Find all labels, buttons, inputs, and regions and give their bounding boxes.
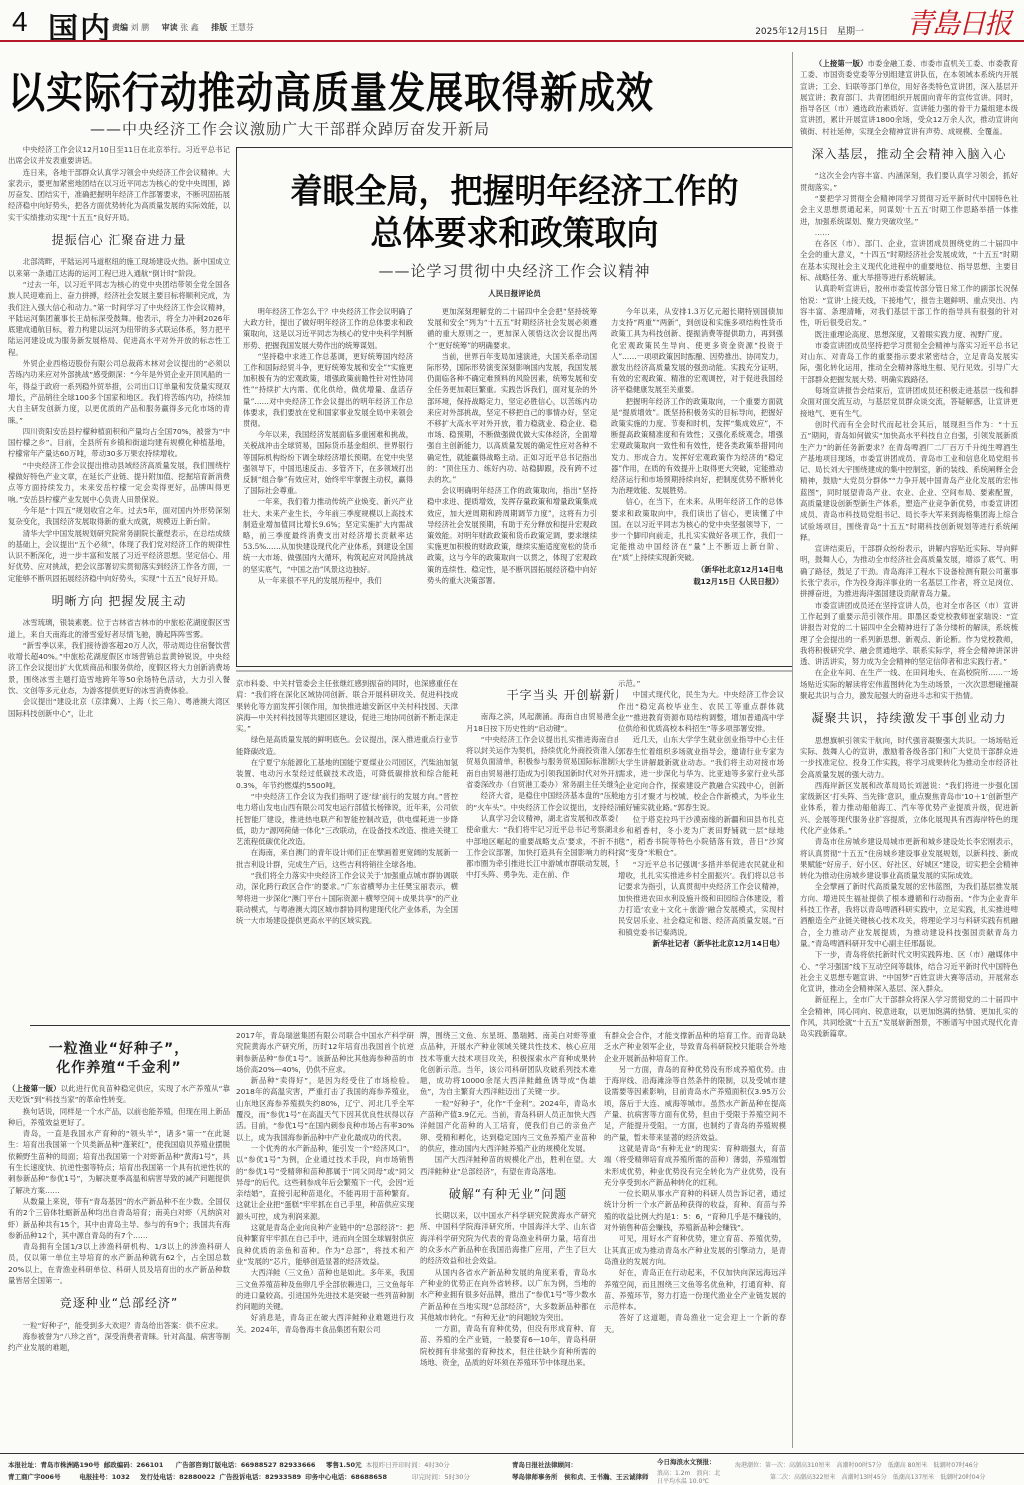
paragraph: 当前，世界百年变局加速演进，大国关系牵动国际形势，国际形势演变深刻影响国内发展，… — [427, 351, 597, 485]
paragraph: 更加深刻理解党的二十届四中全会把“坚持统筹发展和安全”列为“十五五”时期经济社会… — [427, 306, 597, 351]
paragraph: 一年来，我们着力推动传统产业焕变、新兴产业壮大、未来产业生长，今年前三季度规模以… — [243, 496, 413, 574]
section-divider — [30, 1025, 790, 1026]
tide-forecast-title: 今日海浪水文预报： — [657, 1457, 716, 1466]
page-footer: 本报社址：青岛市株洲路190号 邮政编码：266101 广告部咨询订版电话：66… — [0, 1453, 1024, 1485]
lead-story-column-1: 中央经济工作会议12月10日至11日在北京举行。习近平总书记出席会议并发表重要讲… — [8, 144, 230, 1024]
commentary-column-2: 更加深刻理解党的二十届四中全会把“坚持统筹发展和安全”列为“十五五”时期经济社会… — [427, 306, 597, 656]
paragraph: 另一方面，青岛的育种优势没有形成养殖优势。由于海岸线、沿海滩涂等自然条件的限制，… — [604, 1064, 786, 1143]
paragraph: 连日来，各地干部群众认真学习领会中央经济工作会议精神。大家表示，要更加紧密地团结… — [8, 167, 230, 223]
paragraph: 信心，在当下，在未来。从明年经济工作的总体要求和政策取向中，我们读出了信心，更读… — [611, 496, 783, 563]
paragraph: 这就是青岛“有种无业”的现实：育种端强大，育苗端（将受精卵培育成养殖所需的苗种）… — [604, 1143, 786, 1188]
paragraph: （上接第一版）市委金融工委、市委市直机关工委、市委教育工委、市国资委党委等分别组… — [800, 58, 1018, 137]
paragraph: 近几天，山东大学学生就业创业指导中心主任郭春生忙着组织多场就业指导会，邀请行业专… — [618, 734, 784, 813]
paragraph: 清华大学中国发展规划研究院常务副院长董煜表示，在总结成绩的基础上，会议提出“五个… — [8, 528, 230, 584]
print-center-phone: 印务中心电话：68688658 — [305, 1473, 387, 1481]
commentary-title-line: 总体要求和政策取向 — [237, 212, 792, 254]
credit-role: 排版 — [211, 23, 227, 32]
paragraph: “坚持稳中求进工作总基调，更好统筹国内经济工作和国际经贸斗争，更好统筹发展和安全… — [243, 351, 413, 429]
right-column-story: （上接第一版）市委金融工委、市委市直机关工委、市委教育工委、市国资委党委等分别组… — [800, 58, 1018, 1450]
paragraph: 把握明年经济工作的政策取向，一个重要方面就是“提质增效”。既坚持积极务实的目标导… — [611, 396, 783, 497]
section-heading: 破解“有种无业”问题 — [420, 1189, 596, 1200]
paragraph: 位于塔克拉玛干沙漠南缘的新疆和田县布扎克乡和稻香村，冬小麦为广袤田野铺就一层“绿… — [618, 814, 784, 859]
paragraph: 创时代而有全会时代而起社会其后，展现担当作为：“十五五”期间，青岛如何做实“加快… — [800, 419, 1018, 543]
paragraph: “新雪季以来，我们接待游客超20万人次，带动周边住宿餐饮营收增长超40%。”中旅… — [8, 640, 230, 696]
paragraph: 一粒“好种子”，化作“千金利”。2024年，青岛水产苗种产值3.9亿元。当前，青… — [420, 1098, 596, 1154]
commentary-title-line: 着眼全局，把握明年经济工作的 — [237, 170, 792, 212]
paragraph: 在海南，来自澳门的青年设计师们正在擘画着更宽阔的发展新一批吉利设计群，完成生产后… — [236, 847, 458, 870]
paragraph: 西海岸新区发展和改革局局长刘滋说：“我们将进一步强化国家级新区‘打头阵、当先锋’… — [800, 780, 1018, 836]
tide-title-text: 今日海浪水文预报： — [657, 1458, 716, 1466]
paragraph: 新品种“卖得好”，是因为经受住了市场检验。2018年的高温灾害，严重打击了我国的… — [236, 1075, 414, 1143]
paragraph: 答好了这道题，青岛渔业一定会迎上一个新的春天。 — [604, 1312, 786, 1335]
commentary-title: 着眼全局，把握明年经济工作的 总体要求和政策取向 — [237, 170, 792, 254]
feature-column-3: 牌，围绕三文鱼、东星斑、墨瑞鳕、南美白对虾等重点品种，开展水产种业领域关键共性技… — [420, 1030, 596, 1448]
paragraph: 一个优秀的水产新品种，能引发一个“经济风口”。以“参优1号”为例，企业通过技术手… — [236, 1143, 414, 1222]
paragraph: 宣讲结束后，干部群众纷纷表示，讲解内容贴近实际、导向鲜明，鼓舞人心，为推动全市经… — [800, 543, 1018, 599]
credit-role: 责编 — [112, 23, 128, 32]
paragraph: 京市科委、中关村管委会主任张继红感到振奋的同时，也深感重任在肩：“我们将在深化区… — [236, 678, 458, 734]
source-credit: 载12月15日《人民日报》） — [611, 576, 783, 588]
paragraph: 外贸企业西格迈股份有限公司总裁蒋木林对会议提出的“必须以苦练内功来应对外部挑战”… — [8, 358, 230, 426]
postcode: 邮政编码：266101 — [104, 1461, 164, 1469]
ad-phone: 广告部咨询订版电话：66988527 82933666 — [176, 1461, 316, 1469]
paragraph: “要把学习贯彻全会精神同学习贯彻习近平新时代中国特色社会主义思想贯通起来，同谋划… — [800, 193, 1018, 227]
paragraph: “我们将全力落实中央经济工作会议关于‘加强重点城市群协调联动，深化跨行政区合作’… — [236, 870, 458, 926]
commentary-box: 着眼全局，把握明年经济工作的 总体要求和政策取向 ——论学习贯彻中央经济工作会议… — [236, 147, 792, 667]
paragraph: 四川资阳安岳县柠檬种植面积和产量均占全国70%，被誉为“中国柠檬之乡”。目前，全… — [8, 426, 230, 460]
paragraph: 今年以来，我国经济发展面临多重困难和挑战，关税战冲击全球贸易，国际货币基金组织、… — [243, 429, 413, 496]
lead-headline: 以实际行动推动高质量发展取得新成效 — [8, 58, 788, 120]
paragraph: （上接第一版）以此进行优良苗种稳定供应，实现了水产养殖从“靠天吃饭”到“科技当家… — [8, 1083, 230, 1106]
paragraph: 明年经济工作怎么干？中央经济工作会议明确了大政方针，提出了做好明年经济工作的总体… — [243, 306, 413, 351]
paragraph: 可见，用好水产育种优势，建立育苗、养殖优势，让其真正成为推动青岛水产种业发展的引… — [604, 1233, 786, 1267]
paragraph: 市委宣讲团成员还在坚持宣讲人员，也对全市各区（市）宣讲工作起到了重要示范引领作用… — [800, 600, 1018, 668]
credit-role: 审读 — [162, 23, 178, 32]
paragraph: 冰雪琉璃，银装素裹。位于吉林省吉林市的中旅松花湖度假区雪道上，来自天南海北的滑雪… — [8, 617, 230, 640]
newspaper-address: 本报社址：青岛市株洲路190号 — [8, 1461, 100, 1469]
paragraph: 下一步，青岛将依托新时代文明实践阵地、区（市）融媒体中心、“学习强国”线下互动空… — [800, 949, 1018, 994]
paragraph: 从数量上来说，带有“青岛基因”的水产新品种不在少数。全国仅有的2个三倍体牡蛎新品… — [8, 1196, 230, 1241]
credit-name: 王慧芬 — [230, 23, 254, 32]
tide-schedule-row: 第二次：高潮高322厘米 高潮时13时45分 低潮高137厘米 低潮时20时04… — [770, 1472, 985, 1481]
paragraph: 这就是青岛企业向良种产业链中的“总部经济”：把良种繁育牢牢抓在自己手中，进而向全… — [236, 1222, 414, 1267]
legal-firm-text: 琴岛律师事务所 侯和贞、王书瀚、王云诚律师 — [512, 1473, 649, 1481]
lead-story-column-4: 示范。” 中国式现代化，民生为大。中央经济工作会议作出“稳定高校毕业生、农民工等… — [618, 678, 784, 1018]
paragraph-text: 市委金融工委、市委市直机关工委、市委教育工委、市国资委党委等分别组建宣讲队伍，在… — [800, 59, 1018, 136]
paragraph: 思想旗帜引领实干航向，时代强音凝聚强大共识。一场场贴近实际、鼓舞人心的宣讲，激励… — [800, 735, 1018, 780]
legal-counsel: 青岛日报社法律顾问： — [512, 1460, 577, 1469]
paragraph: 会议提出“建设北京（京津冀）、上海（长三角）、粤港澳大湾区国际科技创新中心”，让… — [8, 696, 230, 719]
paragraph: “习近平总书记强调‘多措并举促进农民就业和增收，扎扎实实推进乡村全面振兴’。我们… — [618, 859, 784, 938]
continued-from-label: （上接第一版） — [815, 59, 868, 68]
feature-column-2: 2017年，青岛瑞滋集团有限公司联合中国水产科学研究院黄海水产研究所，历时12年… — [236, 1030, 414, 1448]
water-temperature: 日平均水温 10.0℃ — [657, 1476, 709, 1485]
issue-date: 2025年12月15日 星期一 — [755, 24, 864, 37]
page-masthead: 4 国内 责编 刘 鹏 审读 张 鑫 排版 王慧芬 2025年12月15日 星期… — [8, 0, 1016, 42]
paragraph: 新征程上，全市广大干部群众将深入学习贯彻党的二十届四中全会精神，同心同向、锐意进… — [800, 994, 1018, 1039]
paragraph: 一方面，青岛有育种优势，但没有形成育种、育苗、养殖的全产业链，一般要育6—10年… — [420, 1323, 596, 1368]
paragraph: “中央经济工作会议提出推动县域经济高质量发展，我们围绕柠檬做好特色产业文章，在延… — [8, 460, 230, 505]
paragraph: 中国式现代化，民生为大。中央经济工作会议作出“稳定高校毕业生、农民工等重点群体就… — [618, 689, 784, 734]
source-credit: （新华社北京12月14日电 — [611, 564, 783, 576]
footer-price-row: 零售1.50元 本报昨日开印时间：4时30分 — [326, 1460, 450, 1469]
credit-name: 张 鑫 — [180, 23, 199, 32]
paragraph: 2017年，青岛瑞滋集团有限公司联合中国水产科学研究院黄海水产研究所，历时12年… — [236, 1030, 414, 1075]
paragraph: 大西洋鲑（三文鱼）苗种也是如此。多年来，我国三文鱼养殖苗种及鱼卵几乎全部依赖进口… — [236, 1267, 414, 1312]
footer-license-row: 青工商广字006号 电报挂号：1032 发行处电话：82880022 广告投诉电… — [8, 1472, 387, 1481]
editor-credits: 责编 刘 鹏 审读 张 鑫 排版 王慧芬 — [112, 22, 254, 33]
paragraph: 示范。” — [618, 678, 784, 689]
paragraph: 每场宣讲报告会结束后，宣讲团成员还积极走进基层一线和群众面对面交流互动，与基层党… — [800, 385, 1018, 419]
telegram-code: 电报挂号：1032 — [79, 1473, 130, 1481]
paragraph: 市委宣讲团成员坚持把学习贯彻全会精神与落实习近平总书记对山东、对青岛工作的重要指… — [800, 340, 1018, 385]
paragraph: 好消息是，青岛正在破大西洋鲑种业难题进行攻关。2024年，青岛鲁海丰食品集团有限… — [236, 1312, 414, 1335]
paragraph: 会议明确明年经济工作的政策取向，指出“坚持稳中求进、提质增效，发挥存量政策和增量… — [427, 485, 597, 586]
paragraph: 在宁夏宁东能源化工基地的国能宁夏煤业公司园区，汽柴油加氢装置、电动污水泵经过低碳… — [236, 757, 458, 791]
feature-column-1: （上接第一版）以此进行优良苗种稳定供应，实现了水产养殖从“靠天吃饭”到“科技当家… — [8, 1083, 230, 1448]
tide-schedule-row: 海港潮位：第一次：高潮高310厘米 高潮时00时57分 低潮高 80厘米 低潮时… — [735, 1460, 979, 1469]
lead-subheadline: ——中央经济工作会议激励广大干部群众踔厉奋发开新局 — [90, 118, 490, 139]
newspaper-logo: 青島日报 — [906, 2, 1010, 42]
paragraph: 海参被誉为“八珍之首”，深受消费者青睐。针对高温、病害等制约产业发展的难题， — [8, 1331, 230, 1354]
page-number: 4 — [12, 6, 28, 38]
ellipsis: …… — [800, 227, 1018, 238]
commentary-author: 人民日报评论员 — [237, 288, 792, 299]
paragraph: 从国内各省水产新品种发展的角度来看，青岛水产种业的优势正在向外省转移。以广东为例… — [420, 1267, 596, 1323]
business-license: 青工商广字006号 — [8, 1473, 61, 1481]
section-heading: 提振信心 汇聚奋进力量 — [8, 235, 230, 246]
paragraph: 在企业车间、在生产一线、在田间地头、在高校院所……一场场贴近实际的解读将宏伟蓝图… — [800, 667, 1018, 701]
lead-story-column-2: 京市科委、中关村管委会主任张继红感到振奋的同时，也深感重任在肩：“我们将在深化区… — [236, 678, 458, 1018]
commentary-column-1: 明年经济工作怎么干？中央经济工作会议明确了大政方针，提出了做好明年经济工作的总体… — [243, 306, 413, 656]
print-end-time: 印完时间：5时30分 — [412, 1472, 470, 1481]
feature-headline-line: 化作养殖“千金利” — [8, 1059, 230, 1078]
complaint-phone: 广告投诉电话：82933589 — [219, 1473, 301, 1481]
paragraph: “过去一年，以习近平同志为核心的党中央团结带领全党全国各族人民迎难而上、奋力拼搏… — [8, 279, 230, 358]
legal-firm: 琴岛律师事务所 侯和贞、王书瀚、王云诚律师 — [512, 1472, 649, 1481]
section-heading: 深入基层，推动全会精神入脑入心 — [800, 149, 1018, 160]
paragraph: 牌，围绕三文鱼、东星斑、墨瑞鳕、南美白对虾等重点品种，开展水产种业领域关键共性技… — [420, 1030, 596, 1098]
section-heading: 凝聚共识，持续激发干事创业动力 — [800, 713, 1018, 724]
masthead-divider — [0, 40, 1024, 42]
commentary-subtitle: ——论学习贯彻中央经济工作会议精神 — [237, 260, 792, 281]
paragraph: 一粒“好种子”，能受到多大欢迎？青岛给出答案：供不应求。 — [8, 1320, 230, 1331]
paragraph: 青岛，一直是我国水产育种的“领头羊”，诸多“第一”在此诞生：培育出我国第一个贝类… — [8, 1128, 230, 1196]
continued-from-label: （上接第一版） — [8, 1084, 61, 1093]
section-heading: 明晰方向 把握发展主动 — [8, 596, 230, 607]
paragraph: 在各区（市）、部门、企业，宣讲团成员围绕党的二十届四中全会的重大意义，“十四五”… — [800, 238, 1018, 283]
paragraph: 认真聆听宣讲后，胶州市委宣传部分管日常工作的副部长况保怡说：“宣讲‘上接天线，下… — [800, 283, 1018, 328]
paragraph: 北部湾畔，平陆运河马道枢纽的施工现场建设火热。新中国成立以来第一条通江达海的运河… — [8, 256, 230, 279]
legal-label: 青岛日报社法律顾问： — [512, 1461, 577, 1469]
section-heading: 竞逐种业“总部经济” — [8, 1298, 230, 1309]
paragraph: 青岛拥有全国1/3以上涉渔科研机构、1/3以上的涉渔科研人员，仅以第一单位主导培… — [8, 1241, 230, 1286]
section-divider — [236, 670, 792, 672]
footer-address-row: 本报社址：青岛市株洲路190号 邮政编码：266101 广告部咨询订版电话：66… — [8, 1460, 315, 1469]
distribution-phone: 发行处电话：82880022 — [140, 1473, 215, 1481]
paragraph: 今年是“十四五”规划收官之年。过去5年，面对国内外形势深刻复杂变化，我国经济发展… — [8, 505, 230, 528]
paragraph: 青岛市住房城乡建设局城市更新和城乡建设处长李宏刚表示，将认真贯彻“十五五”住房城… — [800, 836, 1018, 881]
paragraph: 换句话说，同样是一个水产品，以前也能养殖，但现在用上新品种后，养殖效益更好了。 — [8, 1106, 230, 1129]
retail-price: 零售1.50元 — [326, 1461, 362, 1469]
credit-name: 刘 鹏 — [131, 23, 150, 32]
paragraph: “这次全会内容丰富、内涵深刻，我们要认真学习领会，抓好贯彻落实。” — [800, 170, 1018, 193]
paragraph: 长期以来，以中国水产科学研究院黄海水产研究所、中国科学院海洋研究所、中国海洋大学… — [420, 1210, 596, 1266]
print-start-time: 本报昨日开印时间：4时30分 — [366, 1461, 450, 1469]
paragraph: 好在，青岛正在行动起来，不仅加快向深远海远洋养殖空间，而且围绕三文鱼等名优鱼种，… — [604, 1267, 786, 1312]
feature-headline: 一粒渔业“好种子”， 化作养殖“千金利” — [8, 1040, 230, 1078]
commentary-column-3: 今年以来，从安排1.3万亿元超长期特别国债加力支持“两重”“两新”，到创设和实施… — [611, 306, 783, 656]
article-byline: 新华社记者（新华社北京12月14日电） — [618, 938, 784, 949]
paragraph: 国产大西洋鲑种苗的规模化产出，胜利在望。大西洋鲑种业“总部经济”，有望在青岛落地… — [420, 1154, 596, 1177]
paragraph: 今年以来，从安排1.3万亿元超长期特别国债加力支持“两重”“两新”，到创设和实施… — [611, 306, 783, 396]
paragraph: 有群众会合作，才能支撑新品种的培育工作。而青岛缺乏水产种业领军企业，导致青岛科研… — [604, 1030, 786, 1064]
paragraph: 既注重理论高度、思想深度，又着眼实践力度、视野广度。 — [800, 329, 1018, 340]
paragraph: “中央经济工作会议为我们指明了逐‘绿’前行的发展方向。”晋控电力塔山发电山西有限… — [236, 791, 458, 847]
paragraph: 一位长期从事水产育种的科研人员告诉记者，通过统计分析一个水产新品种获得的收益，育… — [604, 1188, 786, 1233]
column-divider — [792, 52, 793, 1448]
feature-headline-line: 一粒渔业“好种子”， — [8, 1040, 230, 1059]
paragraph: 绿色是高质量发展的鲜明底色。会议提出，深入推进重点行业节能降碳改造。 — [236, 734, 458, 757]
paragraph: 中央经济工作会议12月10日至11日在北京举行。习近平总书记出席会议并发表重要讲… — [8, 144, 230, 167]
paragraph: 从一年来很不平凡的发展历程中，我们 — [243, 575, 413, 586]
feature-column-4: 有群众会合作，才能支撑新品种的培育工作。而青岛缺乏水产种业领军企业，导致青岛科研… — [604, 1030, 786, 1448]
paragraph: 全会擘画了新时代高质量发展的宏伟蓝图，为我们基层推发展方向、增进民生福祉提供了根… — [800, 881, 1018, 949]
